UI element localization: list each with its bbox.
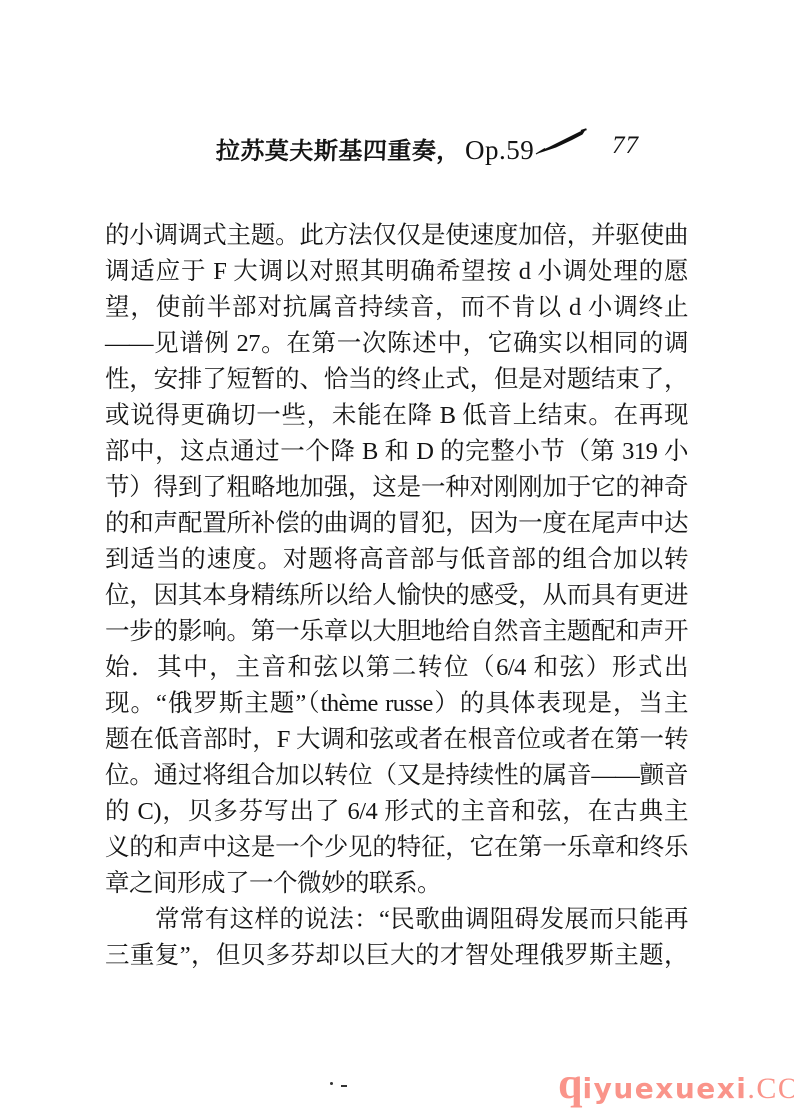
watermark-lead-letter: q (558, 1062, 582, 1106)
fountain-pen-icon (534, 128, 588, 156)
text-line: 位。通过将组合加以转位（又是持续性的属音——颤音 (105, 758, 688, 794)
site-watermark: q iyuexuexi .COM (558, 1062, 794, 1106)
body-text: 的小调调式主题。此方法仅仅是使速度加倍，并驱使曲 调适应于 F 大调以对照其明确… (105, 218, 688, 974)
text-line: 或说得更确切一些，未能在降 B 低音上结束。在再现 (105, 398, 688, 434)
text-line: 的和声配置所补偿的曲调的冒犯，因为一度在尾声中达 (105, 506, 688, 542)
text-line: 现。“俄罗斯主题”（thème russe）的具体表现是，当主 (105, 686, 688, 722)
text-line-paragraph-end: 章之间形成了一个微妙的联系。 (105, 866, 688, 902)
text-line: 义的和声中这是一个少见的特征，它在第一乐章和终乐 (105, 830, 688, 866)
text-line: 一步的影响。第一乐章以大胆地给自然音主题配和声开 (105, 614, 688, 650)
watermark-tld: .COM (747, 1074, 794, 1104)
chapter-title: 拉苏莫夫斯基四重奏，Op.59 (216, 131, 534, 166)
text-line: 望，使前半部对抗属音持续音，而不肯以 d 小调终止 (105, 290, 688, 326)
text-line: 调适应于 F 大调以对照其明确希望按 d 小调处理的愿 (105, 254, 688, 290)
chapter-title-opus: Op.59 (465, 135, 534, 165)
scan-speck-dot (330, 1082, 333, 1085)
text-line: 三重复”，但贝多芬却以巨大的才智处理俄罗斯主题， (105, 938, 688, 974)
chapter-title-chinese: 拉苏莫夫斯基四重奏， (215, 131, 461, 166)
scanned-book-page: 拉苏莫夫斯基四重奏，Op.59 77 的小调调式主题。此方法仅仅是使速度加倍，并… (0, 0, 794, 1120)
text-line: 性，安排了短暂的、恰当的终止式，但是对题结束了， (105, 362, 688, 398)
page-header: 拉苏莫夫斯基四重奏，Op.59 77 (0, 0, 794, 170)
text-line-paragraph-start: 常常有这样的说法：“民歌曲调阻碍发展而只能再 (105, 902, 688, 938)
text-line: 到适当的速度。对题将高音部与低音部的组合加以转 (105, 542, 688, 578)
watermark-domain-name: iyuexuexi (582, 1075, 747, 1103)
text-line: ——见谱例 27。在第一次陈述中，它确实以相同的调 (105, 326, 688, 362)
scan-speck-dash (341, 1085, 347, 1087)
page-number: 77 (612, 132, 639, 160)
text-line: 部中，这点通过一个降 B 和 D 的完整小节（第 319 小 (105, 434, 688, 470)
text-line: 始．其中，主音和弦以第二转位（6/4 和弦）形式出 (105, 650, 688, 686)
text-line: 的 C)，贝多芬写出了 6/4 形式的主音和弦，在古典主 (105, 794, 688, 830)
text-line: 节）得到了粗略地加强，这是一种对刚刚加于它的神奇 (105, 470, 688, 506)
text-line: 的小调调式主题。此方法仅仅是使速度加倍，并驱使曲 (105, 218, 688, 254)
text-line: 题在低音部时，F 大调和弦或者在根音位或者在第一转 (105, 722, 688, 758)
text-line: 位，因其本身精练所以给人愉快的感受，从而具有更进 (105, 578, 688, 614)
